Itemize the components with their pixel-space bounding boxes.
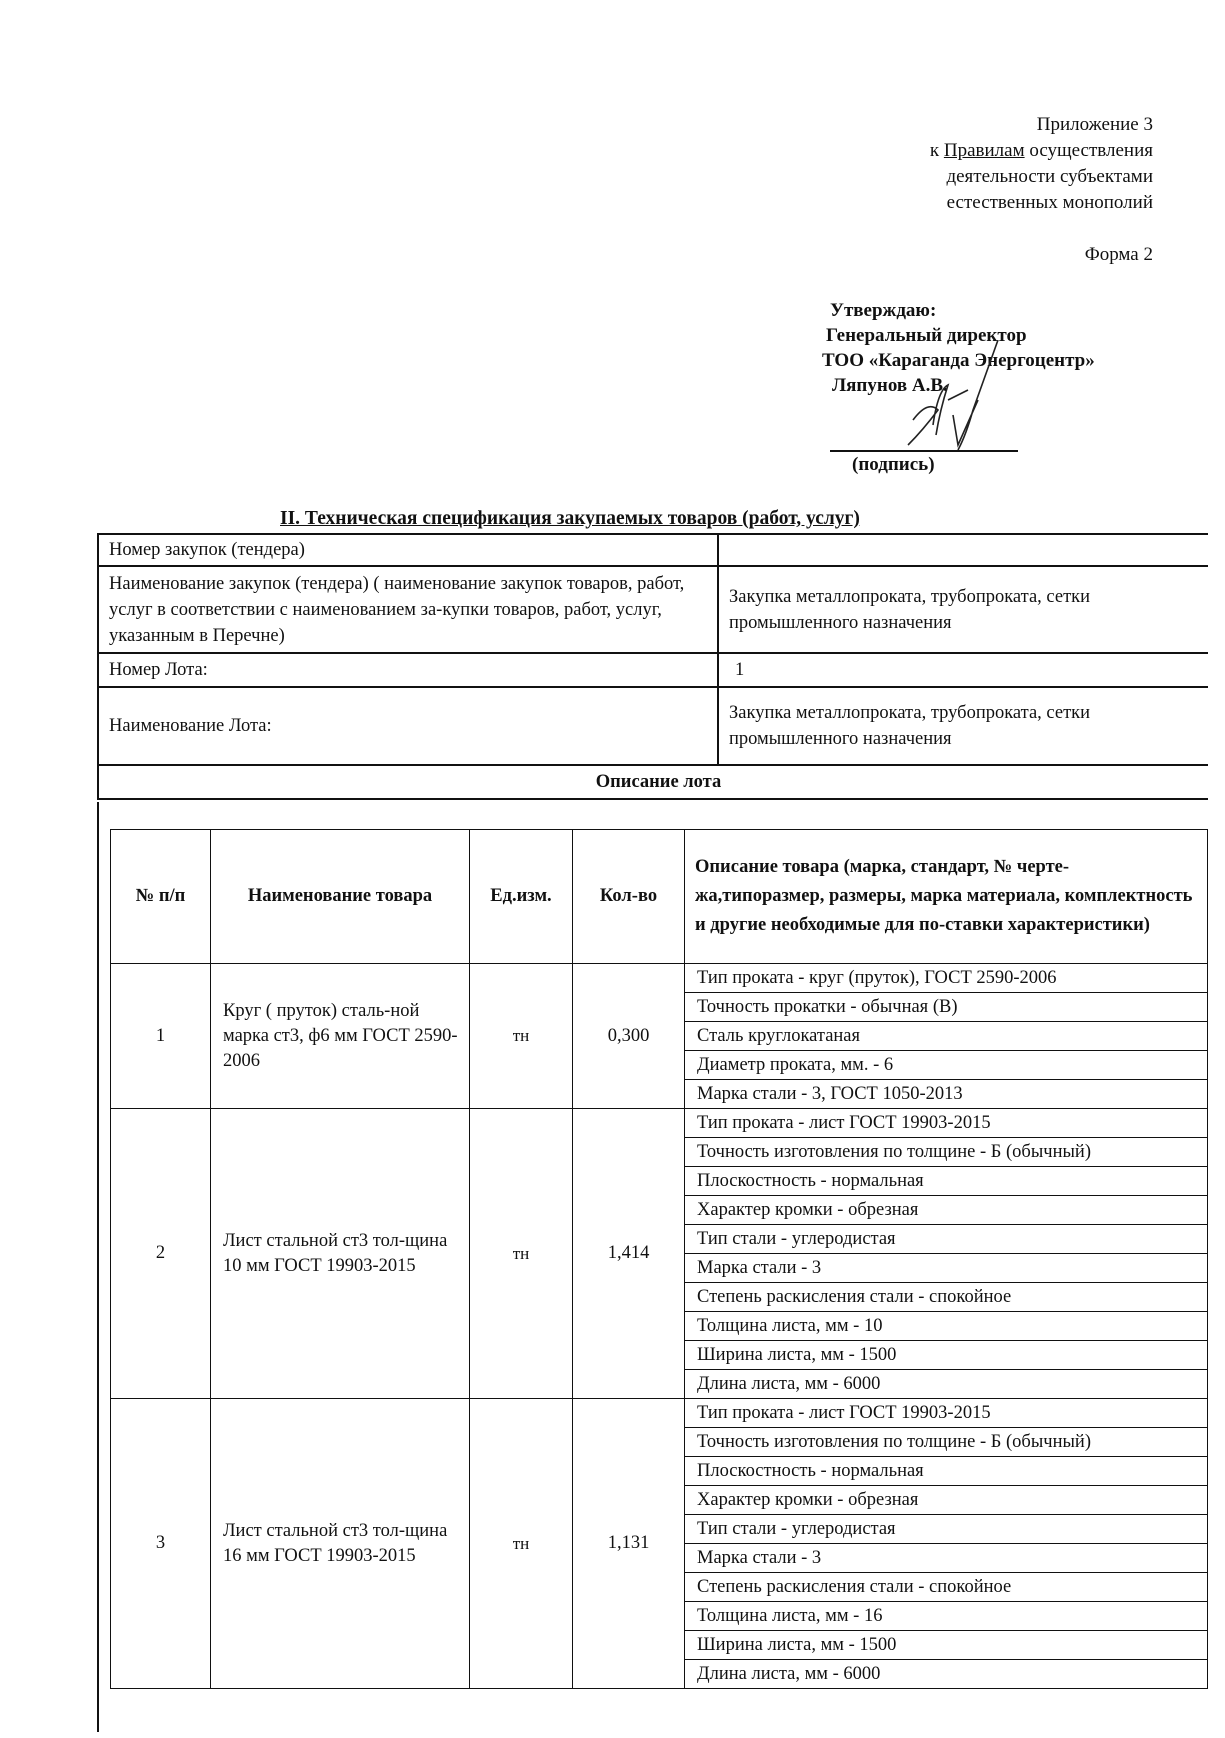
appendix-rules-line: к Правилам осуществления [930, 138, 1153, 164]
procurement-info-table: Номер закупок (тендера) Наименование зак… [97, 533, 1208, 800]
item-spec: Ширина листа, мм - 1500 [685, 1631, 1208, 1660]
item-spec: Тип стали - углеродистая [685, 1225, 1208, 1254]
item-number: 2 [111, 1109, 211, 1399]
header-unit: Ед.изм. [470, 830, 573, 964]
item-spec: Тип проката - лист ГОСТ 19903-2015 [685, 1399, 1208, 1428]
item-spec: Марка стали - 3, ГОСТ 1050-2013 [685, 1080, 1208, 1109]
item-spec: Характер кромки - обрезная [685, 1486, 1208, 1515]
header-description: Описание товара (марка, стандарт, № черт… [685, 830, 1208, 964]
signature-line [830, 450, 1018, 452]
header-name: Наименование товара [211, 830, 470, 964]
info-label: Наименование закупок (тендера) ( наимено… [98, 566, 718, 653]
lot-description-heading: Описание лота [98, 765, 1208, 799]
item-spec: Точность изготовления по толщине - Б (об… [685, 1428, 1208, 1457]
item-name: Лист стальной ст3 тол-щина 10 мм ГОСТ 19… [211, 1109, 470, 1399]
item-name: Круг ( пруток) сталь-ной марка ст3, ф6 м… [211, 964, 470, 1109]
item-number: 1 [111, 964, 211, 1109]
item-spec: Точность прокатки - обычная (В) [685, 993, 1208, 1022]
item-spec: Характер кромки - обрезная [685, 1196, 1208, 1225]
header-qty: Кол-во [573, 830, 685, 964]
table-row: Описание лота [98, 765, 1208, 799]
info-value: Закупка металлопроката, трубопроката, се… [718, 687, 1208, 765]
info-value: 1 [718, 653, 1208, 687]
item-unit: тн [470, 1399, 573, 1689]
item-spec: Точность изготовления по толщине - Б (об… [685, 1138, 1208, 1167]
item-spec: Ширина листа, мм - 1500 [685, 1341, 1208, 1370]
item-spec: Длина листа, мм - 6000 [685, 1660, 1208, 1689]
items-table: № п/п Наименование товара Ед.изм. Кол-во… [110, 829, 1208, 1689]
item-quantity: 1,414 [573, 1109, 685, 1399]
item-spec: Сталь круглокатаная [685, 1022, 1208, 1051]
table-header-row: № п/п Наименование товара Ед.изм. Кол-во… [111, 830, 1208, 964]
item-spec: Толщина листа, мм - 16 [685, 1602, 1208, 1631]
table-row: Наименование Лота: Закупка металлопрокат… [98, 687, 1208, 765]
table-row: Наименование закупок (тендера) ( наимено… [98, 566, 1208, 653]
item-spec: Тип проката - круг (пруток), ГОСТ 2590-2… [685, 964, 1208, 993]
appendix-line-4: естественных монополий [930, 190, 1153, 216]
info-label: Номер Лота: [98, 653, 718, 687]
items-body: 1Круг ( пруток) сталь-ной марка ст3, ф6 … [111, 964, 1208, 1689]
item-quantity: 1,131 [573, 1399, 685, 1689]
appendix-line-3: деятельности субъектами [930, 164, 1153, 190]
table-row: Номер закупок (тендера) [98, 534, 1208, 566]
form-label: Форма 2 [1085, 244, 1153, 266]
outer-table-border [97, 802, 99, 1732]
handwritten-signature-icon [878, 340, 1028, 450]
appendix-block: Приложение 3 к Правилам осуществления де… [930, 112, 1153, 216]
item-spec: Тип стали - углеродистая [685, 1515, 1208, 1544]
item-quantity: 0,300 [573, 964, 685, 1109]
info-label: Номер закупок (тендера) [98, 534, 718, 566]
item-spec: Степень раскисления стали - спокойное [685, 1573, 1208, 1602]
info-label: Наименование Лота: [98, 687, 718, 765]
item-spec: Тип проката - лист ГОСТ 19903-2015 [685, 1109, 1208, 1138]
item-spec: Диаметр проката, мм. - 6 [685, 1051, 1208, 1080]
signature-caption: (подпись) [852, 454, 935, 476]
item-spec: Плоскостность - нормальная [685, 1457, 1208, 1486]
item-spec: Степень раскисления стали - спокойное [685, 1283, 1208, 1312]
item-spec: Толщина листа, мм - 10 [685, 1312, 1208, 1341]
info-value: Закупка металлопроката, трубопроката, се… [718, 566, 1208, 653]
table-row: Номер Лота: 1 [98, 653, 1208, 687]
approval-heading: Утверждаю: [822, 298, 1095, 323]
table-row: 3Лист стальной ст3 тол-щина 16 мм ГОСТ 1… [111, 1399, 1208, 1428]
item-spec: Марка стали - 3 [685, 1254, 1208, 1283]
table-row: 1Круг ( пруток) сталь-ной марка ст3, ф6 … [111, 964, 1208, 993]
item-number: 3 [111, 1399, 211, 1689]
table-row: 2Лист стальной ст3 тол-щина 10 мм ГОСТ 1… [111, 1109, 1208, 1138]
item-unit: тн [470, 964, 573, 1109]
header-num: № п/п [111, 830, 211, 964]
appendix-number: Приложение 3 [930, 112, 1153, 138]
rules-link: Правилам [944, 140, 1025, 161]
item-spec: Плоскостность - нормальная [685, 1167, 1208, 1196]
section-title: II. Техническая спецификация закупаемых … [280, 508, 860, 530]
item-spec: Длина листа, мм - 6000 [685, 1370, 1208, 1399]
item-spec: Марка стали - 3 [685, 1544, 1208, 1573]
info-value [718, 534, 1208, 566]
item-unit: тн [470, 1109, 573, 1399]
item-name: Лист стальной ст3 тол-щина 16 мм ГОСТ 19… [211, 1399, 470, 1689]
